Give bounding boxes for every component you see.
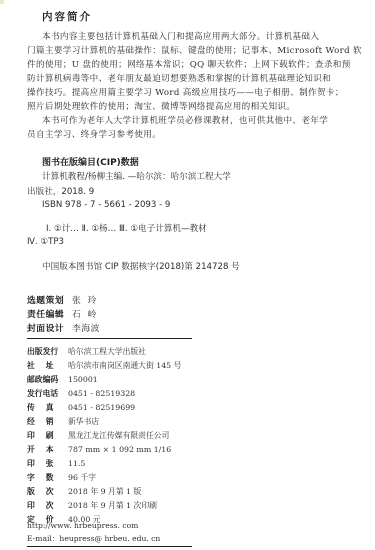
pub-row: 出版发行哈尔滨工程大学出版社 (27, 346, 146, 357)
cip-classification: Ⅰ. ①计… Ⅱ. ①杨… Ⅲ. ①电子计算机—教材 (46, 222, 207, 234)
copyright-page: 内容简介 本书内容主要包括计算机基础入门和提高应用两大部分。计算机基础入 门篇主… (0, 0, 375, 550)
summary-line: 本书内容主要包括计算机基础入门和提高应用两大部分。计算机基础入 (42, 30, 319, 42)
pub-row: 印次2018 年 9 月第 1 次印刷 (27, 500, 157, 511)
bottom-divider (27, 546, 192, 547)
pub-label: 社址 (27, 360, 68, 371)
website-link[interactable]: http://www. hrbeupress. com (27, 521, 138, 530)
pub-value: 0451 - 82519328 (68, 389, 135, 398)
summary-line: 本书可作为老年人大学计算机班学员必修课教材，也可供其他中、老年学 (42, 114, 328, 126)
section-divider (27, 338, 192, 339)
pub-label: 发行电话 (27, 388, 68, 399)
summary-line: 件的使用；U 盘的使用；网络基本常识；QQ 聊天软件；上网下载软件；查杀和预 (27, 58, 351, 70)
pub-row: 印刷黑龙江龙江传媒有限责任公司 (27, 430, 169, 441)
cip-isbn: ISBN 978 - 7 - 5661 - 2093 - 9 (42, 200, 170, 210)
credit-value: 张 玲 (72, 296, 98, 306)
scan-artifact (0, 0, 4, 4)
summary-line: 操作技巧。提高应用篇主要学习 Word 高级应用技巧——电子相册、制作贺卡； (27, 86, 344, 98)
pub-row: 字数96 千字 (27, 472, 96, 483)
cip-line: 出版社，2018. 9 (27, 185, 94, 197)
pub-value: 2018 年 9 月第 1 版 (68, 487, 141, 496)
summary-title: 内容简介 (42, 9, 92, 24)
pub-value: 787 mm × 1 092 mm 1/16 (68, 445, 171, 454)
pub-row: 经销新华书店 (27, 416, 99, 427)
cip-title: 图书在版编目(CIP)数据 (42, 155, 139, 168)
credit-label: 选题策划 (27, 293, 72, 306)
pub-value: 2018 年 9 月第 1 次印刷 (68, 501, 157, 510)
pub-value: 0451 - 82519699 (68, 403, 135, 412)
pub-row: 传真0451 - 82519699 (27, 402, 135, 413)
pub-label: 出版发行 (27, 346, 68, 357)
credit-row: 选题策划张 玲 (27, 293, 98, 306)
pub-row: 发行电话0451 - 82519328 (27, 388, 135, 399)
pub-label: 开本 (27, 444, 68, 455)
cip-classification: Ⅳ. ①TP3 (27, 237, 64, 247)
pub-label: 字数 (27, 472, 68, 483)
pub-value: 150001 (68, 375, 98, 384)
pub-value: 黑龙江龙江传媒有限责任公司 (68, 431, 169, 440)
pub-label: 传真 (27, 402, 68, 413)
credit-value: 石 岭 (72, 310, 98, 320)
credit-label: 封面设计 (27, 321, 72, 334)
summary-line: 照片后期处理软件的使用；淘宝、微博等网络提高应用的相关知识。 (27, 100, 295, 112)
cip-record-number: 中国版本图书馆 CIP 数据核字(2018)第 214728 号 (42, 260, 240, 272)
pub-value: 96 千字 (68, 473, 96, 482)
pub-label: 邮政编码 (27, 374, 68, 385)
pub-value: 11.5 (68, 459, 85, 468)
pub-value: 哈尔滨工程大学出版社 (68, 347, 146, 356)
pub-label: 版次 (27, 486, 68, 497)
summary-line: 员自主学习、终身学习参考使用。 (27, 128, 161, 140)
pub-row: 社址哈尔滨市南岗区南通大街 145 号 (27, 360, 181, 371)
pub-label: 印张 (27, 458, 68, 469)
pub-value: 新华书店 (68, 417, 99, 426)
summary-line: 防计算机病毒等中、老年朋友最迫切想要熟悉和掌握的计算机基础理论知识和 (27, 72, 331, 84)
credit-row: 封面设计李海波 (27, 321, 100, 334)
credit-row: 责任编辑石 岭 (27, 307, 98, 320)
credit-label: 责任编辑 (27, 307, 72, 320)
pub-label: 印次 (27, 500, 68, 511)
cip-line: 计算机教程/杨柳主编. —哈尔滨：哈尔滨工程大学 (42, 170, 231, 182)
pub-label: 印刷 (27, 430, 68, 441)
pub-row: 邮政编码150001 (27, 374, 98, 385)
summary-line: 门篇主要学习计算机的基础操作：鼠标、键盘的使用；记事本、Microsoft Wo… (27, 44, 362, 56)
pub-label: 经销 (27, 416, 68, 427)
pub-row: 版次2018 年 9 月第 1 版 (27, 486, 141, 497)
email-link[interactable]: E-mail：heupress@ hrbeu. edu. cn (27, 533, 160, 544)
pub-value: 哈尔滨市南岗区南通大街 145 号 (68, 361, 181, 370)
pub-row: 印张11.5 (27, 458, 85, 469)
pub-row: 开本787 mm × 1 092 mm 1/16 (27, 444, 171, 455)
credit-value: 李海波 (72, 324, 100, 334)
